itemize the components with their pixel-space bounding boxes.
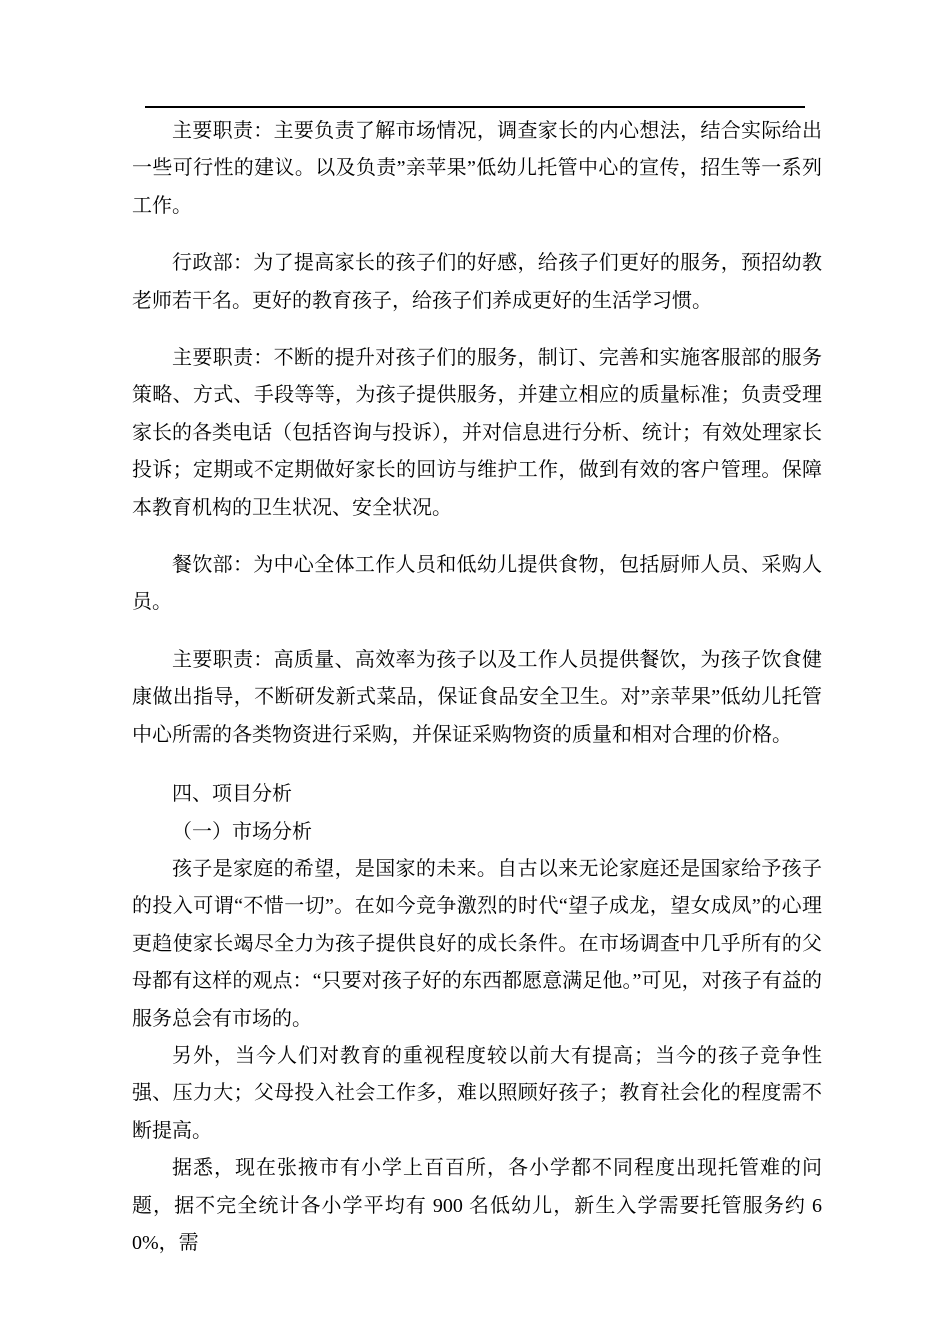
paragraph-market-analysis-statistics: 据悉，现在张掖市有小学上百百所，各小学都不同程度出现托管难的问题，据不完全统计各… [132,1150,822,1262]
paragraph-market-analysis-children: 孩子是家庭的希望，是国家的未来。自古以来无论家庭还是国家给予孩子的投入可谓“不惜… [132,851,822,1038]
paragraph-catering-department: 餐饮部：为中心全体工作人员和低幼儿提供食物，包括厨师人员、采购人员。 [132,547,822,622]
header-separator-line [145,106,805,108]
paragraph-main-duty-service: 主要职责：不断的提升对孩子们的服务，制订、完善和实施客服部的服务策略、方式、手段… [132,340,822,527]
paragraph-admin-department: 行政部：为了提高家长的孩子们的好感，给孩子们更好的服务，预招幼教老师若干名。更好… [132,245,822,320]
heading-section-four-project-analysis: 四、项目分析 [132,776,822,813]
paragraph-main-duty-catering: 主要职责：高质量、高效率为孩子以及工作人员提供餐饮，为孩子饮食健康做出指导，不断… [132,642,822,754]
document-page: 主要职责：主要负责了解市场情况，调查家长的内心想法，结合实际给出一些可行性的建议… [0,0,950,1344]
subheading-market-analysis: （一）市场分析 [132,814,822,851]
paragraph-main-duty-marketing: 主要职责：主要负责了解市场情况，调查家长的内心想法，结合实际给出一些可行性的建议… [132,113,822,225]
document-content: 主要职责：主要负责了解市场情况，调查家长的内心想法，结合实际给出一些可行性的建议… [132,113,822,1262]
paragraph-market-analysis-education: 另外，当今人们对教育的重视程度较以前大有提高；当今的孩子竞争性强、压力大；父母投… [132,1038,822,1150]
